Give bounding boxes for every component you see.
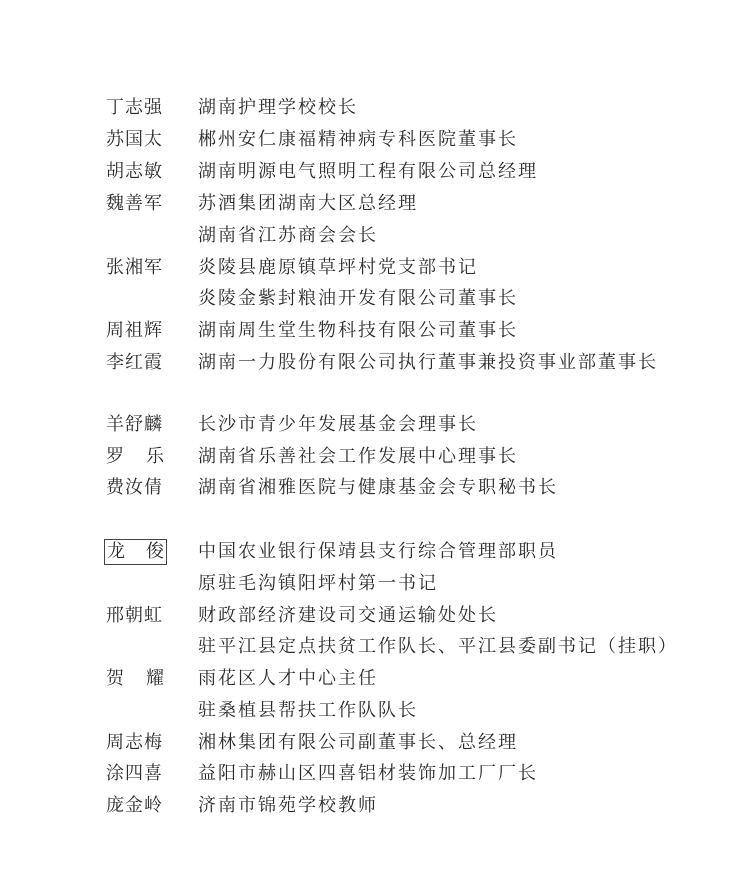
- person-title: 湖南省乐善社会工作发展中心理事长: [198, 444, 518, 470]
- person-title: 湖南省湘雅医院与健康基金会专职秘书长: [198, 475, 558, 501]
- person-title: 驻桑植县帮扶工作队队长: [198, 698, 418, 724]
- person-name: 涂四喜: [106, 761, 168, 787]
- person-title: 财政部经济建设司交通运输处处长: [198, 603, 498, 629]
- person-name: 罗乐: [106, 444, 164, 470]
- person-title: 长沙市青少年发展基金会理事长: [198, 412, 478, 438]
- person-title: 湖南周生堂生物科技有限公司董事长: [198, 318, 518, 344]
- person-name: 丁志强: [106, 95, 168, 121]
- person-title: 驻平江县定点扶贫工作队长、平江县委副书记（挂职）: [198, 634, 678, 660]
- person-name: 羊舒麟: [106, 412, 168, 438]
- person-name: 李红霞: [106, 350, 168, 376]
- name-char: 龙: [107, 540, 125, 564]
- person-name: 费汝倩: [106, 475, 168, 501]
- person-title: 原驻毛沟镇阳坪村第一书记: [198, 571, 438, 597]
- person-name-highlighted: 龙俊: [104, 539, 167, 565]
- person-title: 郴州安仁康福精神病专科医院董事长: [198, 127, 518, 153]
- person-title: 苏酒集团湖南大区总经理: [198, 191, 418, 217]
- person-name: 周祖辉: [106, 318, 168, 344]
- person-name: 胡志敏: [106, 159, 168, 185]
- person-name: 贺耀: [106, 666, 164, 692]
- person-title: 炎陵金紫封粮油开发有限公司董事长: [198, 286, 518, 312]
- person-title: 雨花区人才中心主任: [198, 666, 378, 692]
- person-name: 邢朝虹: [106, 603, 168, 629]
- person-title: 济南市锦苑学校教师: [198, 793, 378, 819]
- person-title: 湖南明源电气照明工程有限公司总经理: [198, 159, 538, 185]
- person-title: 炎陵县鹿原镇草坪村党支部书记: [198, 255, 478, 281]
- person-title: 湖南一力股份有限公司执行董事兼投资事业部董事长: [198, 350, 658, 376]
- person-title: 湘林集团有限公司副董事长、总经理: [198, 730, 518, 756]
- person-name: 周志梅: [106, 730, 168, 756]
- person-name: 魏善军: [106, 191, 168, 217]
- name-char: 俊: [146, 540, 164, 564]
- name-char: 乐: [146, 444, 164, 470]
- person-title: 中国农业银行保靖县支行综合管理部职员: [198, 539, 558, 565]
- person-title: 湖南护理学校校长: [198, 95, 358, 121]
- person-name: 张湘军: [106, 255, 168, 281]
- person-name: 庞金岭: [106, 793, 168, 819]
- person-title: 益阳市赫山区四喜铝材装饰加工厂厂长: [198, 761, 538, 787]
- name-char: 贺: [106, 666, 124, 692]
- name-char: 耀: [146, 666, 164, 692]
- person-title: 湖南省江苏商会会长: [198, 223, 378, 249]
- person-name: 苏国太: [106, 127, 168, 153]
- name-char: 罗: [106, 444, 124, 470]
